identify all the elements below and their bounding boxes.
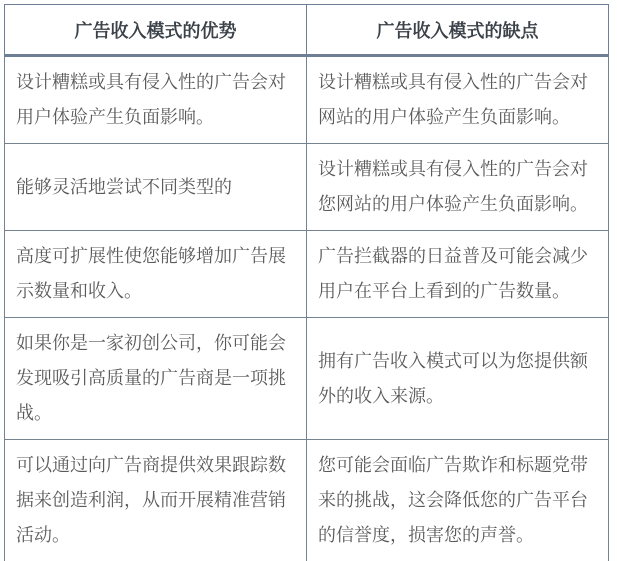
table-row: 能够灵活地尝试不同类型的 设计糟糕或具有侵入性的广告会对您网站的用户体验产生负面… (5, 144, 609, 231)
table-row: 可以通过向广告商提供效果跟踪数据来创造利润，从而开展精准营销活动。 您可能会面临… (5, 440, 609, 561)
header-row: 广告收入模式的优势 广告收入模式的缺点 (5, 5, 609, 56)
ad-revenue-pros-cons-table: 广告收入模式的优势 广告收入模式的缺点 设计糟糕或具有侵入性的广告会对用户体验产… (4, 4, 609, 561)
advantage-cell: 高度可扩展性使您能够增加广告展示数量和收入。 (5, 231, 307, 318)
advantage-cell: 可以通过向广告商提供效果跟踪数据来创造利润，从而开展精准营销活动。 (5, 440, 307, 561)
disadvantage-cell: 广告拦截器的日益普及可能会减少用户在平台上看到的广告数量。 (307, 231, 609, 318)
advantage-cell: 如果你是一家初创公司，你可能会发现吸引高质量的广告商是一项挑战。 (5, 318, 307, 440)
disadvantage-cell: 您可能会面临广告欺诈和标题党带来的挑战，这会降低您的广告平台的信誉度，损害您的声… (307, 440, 609, 561)
advantage-cell: 设计糟糕或具有侵入性的广告会对用户体验产生负面影响。 (5, 56, 307, 144)
table-row: 设计糟糕或具有侵入性的广告会对用户体验产生负面影响。 设计糟糕或具有侵入性的广告… (5, 56, 609, 144)
table-row: 如果你是一家初创公司，你可能会发现吸引高质量的广告商是一项挑战。 拥有广告收入模… (5, 318, 609, 440)
advantage-cell: 能够灵活地尝试不同类型的 (5, 144, 307, 231)
table-row: 高度可扩展性使您能够增加广告展示数量和收入。 广告拦截器的日益普及可能会减少用户… (5, 231, 609, 318)
disadvantage-cell: 设计糟糕或具有侵入性的广告会对网站的用户体验产生负面影响。 (307, 56, 609, 144)
column-header-advantages: 广告收入模式的优势 (5, 5, 307, 56)
column-header-disadvantages: 广告收入模式的缺点 (307, 5, 609, 56)
table-container: 广告收入模式的优势 广告收入模式的缺点 设计糟糕或具有侵入性的广告会对用户体验产… (0, 0, 617, 561)
disadvantage-cell: 设计糟糕或具有侵入性的广告会对您网站的用户体验产生负面影响。 (307, 144, 609, 231)
disadvantage-cell: 拥有广告收入模式可以为您提供额外的收入来源。 (307, 318, 609, 440)
